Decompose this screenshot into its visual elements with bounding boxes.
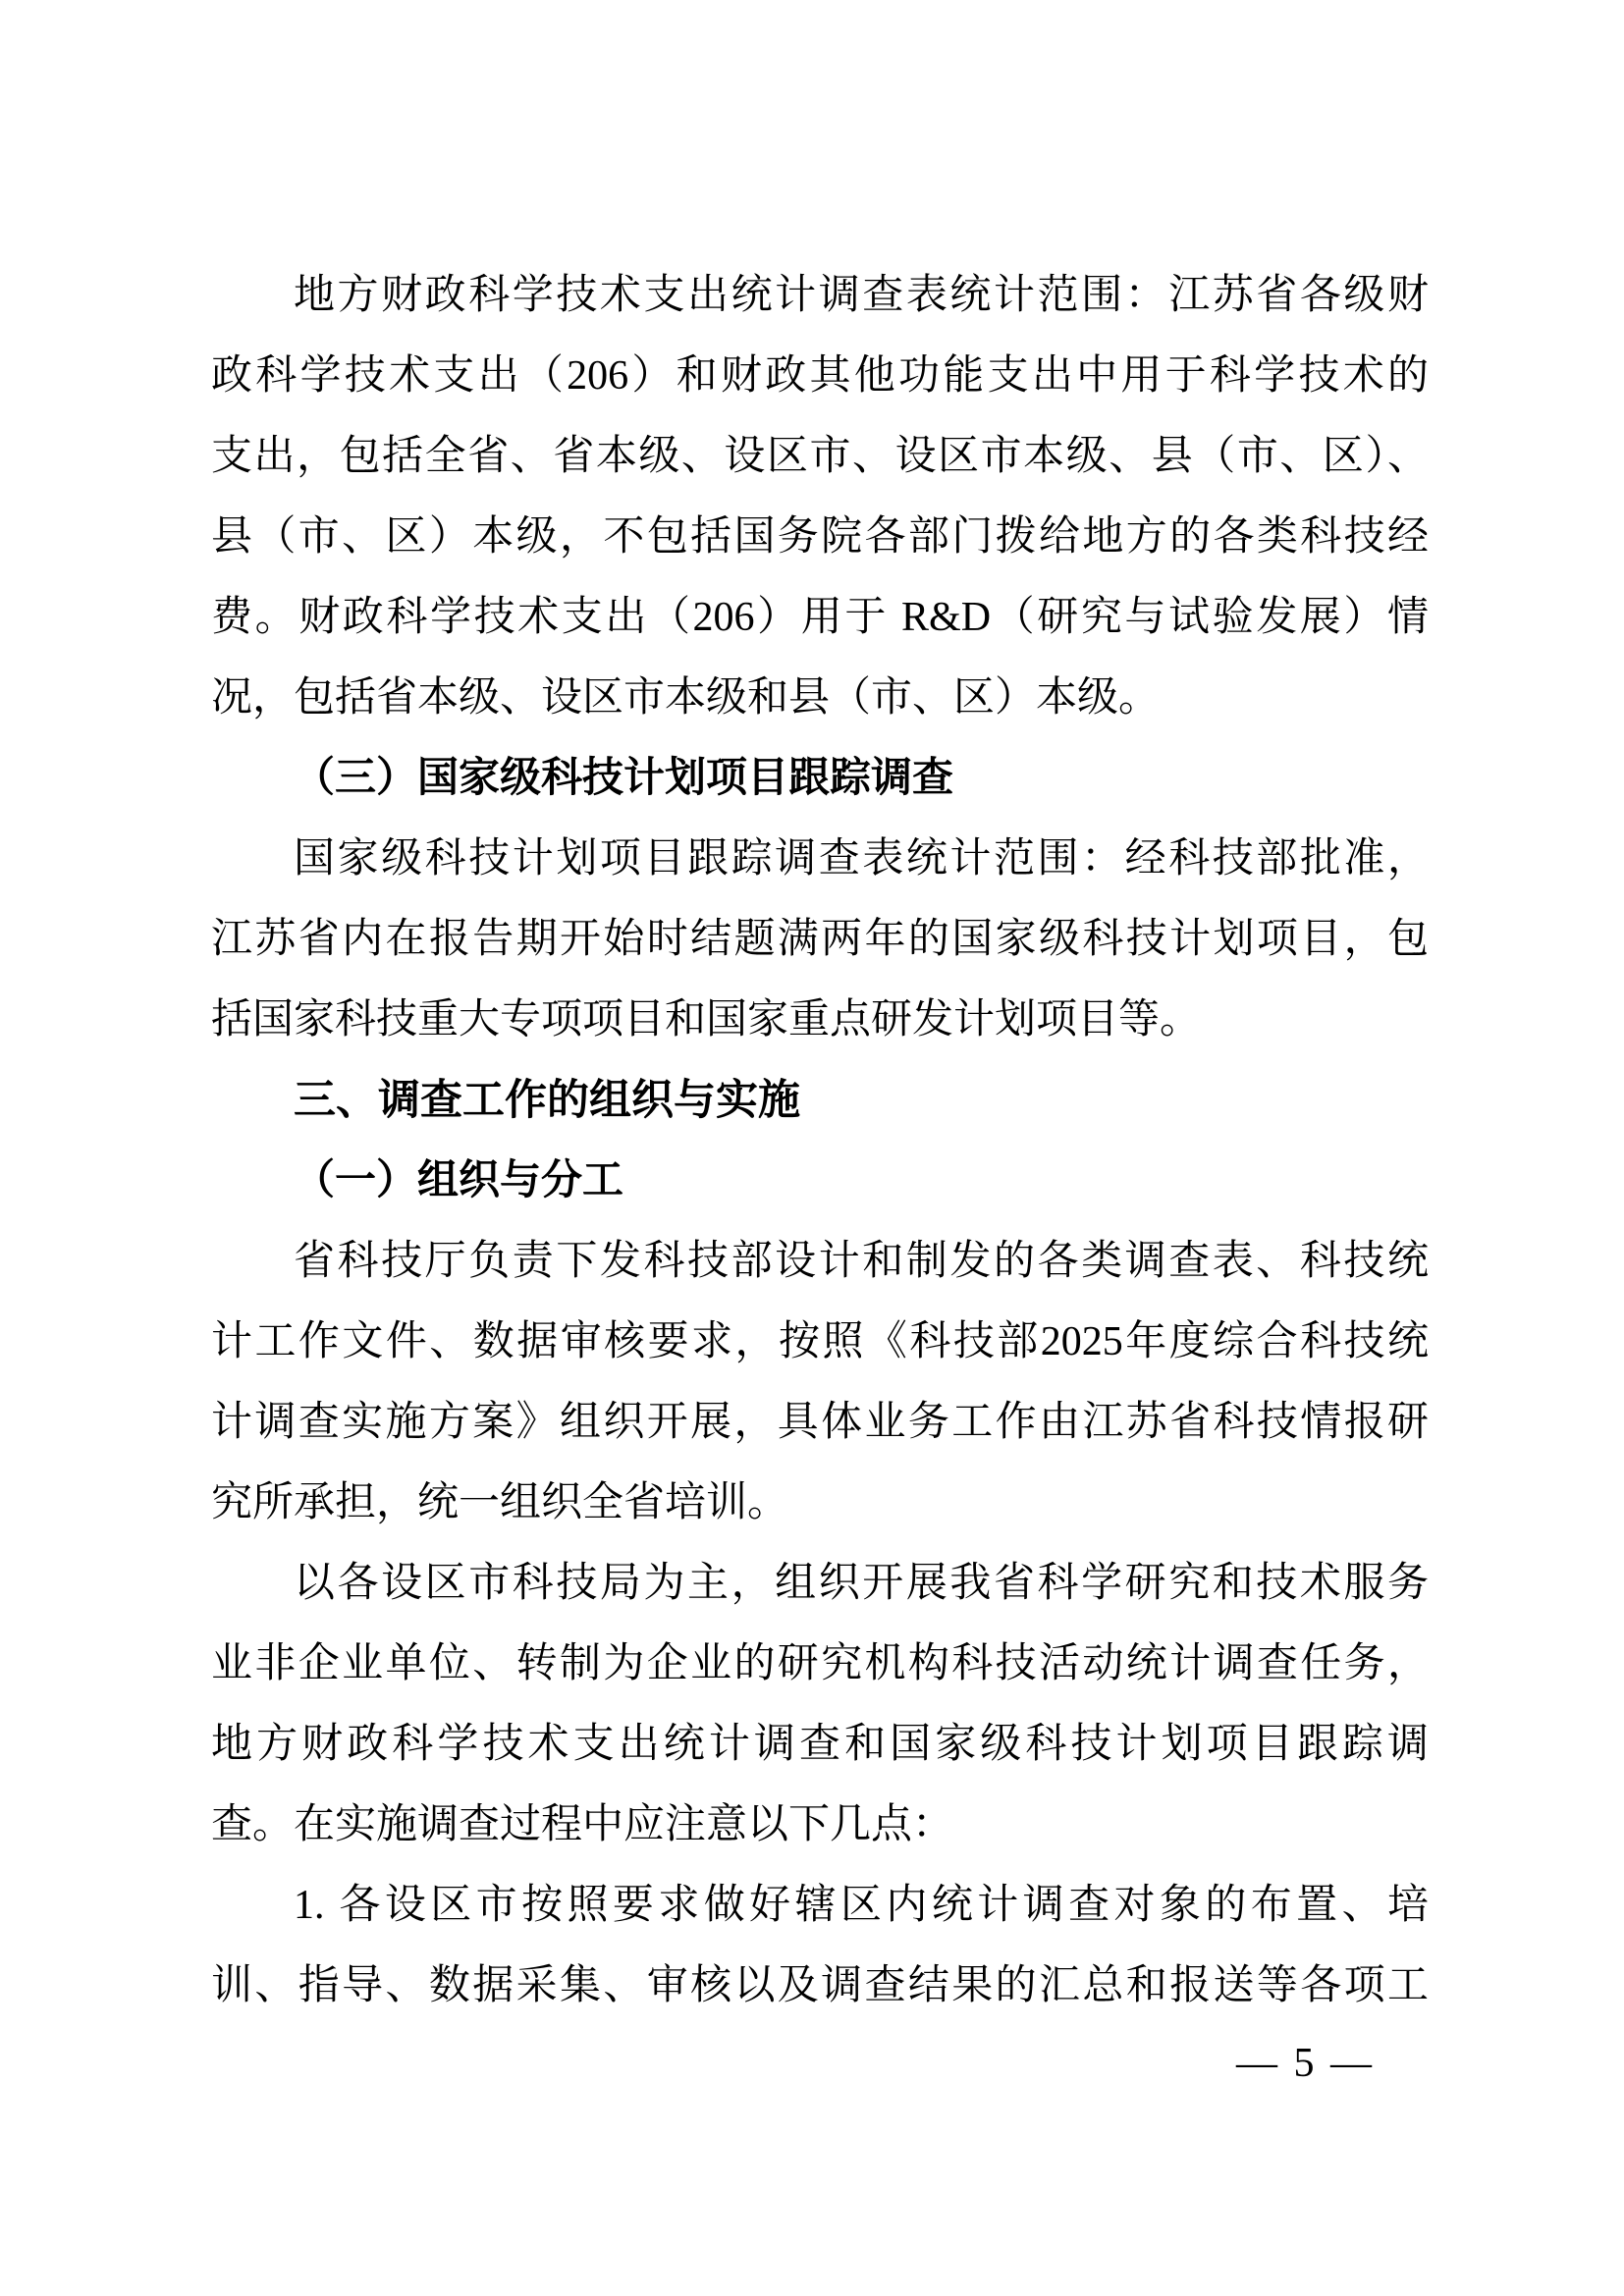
body-line: 计调查实施方案》组织开展，具体业务工作由江苏省科技情报研 <box>211 1382 1429 1463</box>
body-line: 以各设区市科技局为主，组织开展我省科学研究和技术服务 <box>211 1543 1429 1624</box>
page-number: — 5 — <box>1236 2023 1372 2104</box>
body-line: 江苏省内在报告期开始时结题满两年的国家级科技计划项目，包 <box>211 899 1429 980</box>
body-line: 费。财政科学技术支出（206）用于 R&D（研究与试验发展）情 <box>211 577 1429 658</box>
body-line: 国家级科技计划项目跟踪调查表统计范围：经科技部批准， <box>211 819 1429 899</box>
document-body: 地方财政科学技术支出统计调查表统计范围：江苏省各级财 政科学技术支出（206）和… <box>211 255 1429 2026</box>
document-page: 地方财政科学技术支出统计调查表统计范围：江苏省各级财 政科学技术支出（206）和… <box>0 0 1624 2296</box>
subsection-heading-3: （三）国家级科技计划项目跟踪调查 <box>211 738 1429 819</box>
body-line: 地方财政科学技术支出统计调查表统计范围：江苏省各级财 <box>211 255 1429 336</box>
body-line: 况，包括省本级、设区市本级和县（市、区）本级。 <box>211 658 1429 738</box>
body-line: 政科学技术支出（206）和财政其他功能支出中用于科学技术的 <box>211 336 1429 416</box>
body-line: 业非企业单位、转制为企业的研究机构科技活动统计调查任务， <box>211 1624 1429 1704</box>
body-line: 县（市、区）本级，不包括国务院各部门拨给地方的各类科技经 <box>211 497 1429 577</box>
body-line: 训、指导、数据采集、审核以及调查结果的汇总和报送等各项工 <box>211 1946 1429 2026</box>
subsection-heading-1: （一）组织与分工 <box>211 1141 1429 1221</box>
body-line: 括国家科技重大专项项目和国家重点研发计划项目等。 <box>211 980 1429 1060</box>
body-line: 计工作文件、数据审核要求，按照《科技部2025年度综合科技统 <box>211 1302 1429 1382</box>
body-line: 省科技厅负责下发科技部设计和制发的各类调查表、科技统 <box>211 1221 1429 1302</box>
body-line: 1. 各设区市按照要求做好辖区内统计调查对象的布置、培 <box>211 1865 1429 1946</box>
body-line: 究所承担，统一组织全省培训。 <box>211 1463 1429 1543</box>
body-line: 查。在实施调查过程中应注意以下几点： <box>211 1785 1429 1865</box>
section-heading-3: 三、调查工作的组织与实施 <box>211 1060 1429 1141</box>
body-line: 支出，包括全省、省本级、设区市、设区市本级、县（市、区）、 <box>211 416 1429 497</box>
body-line: 地方财政科学技术支出统计调查和国家级科技计划项目跟踪调 <box>211 1704 1429 1785</box>
